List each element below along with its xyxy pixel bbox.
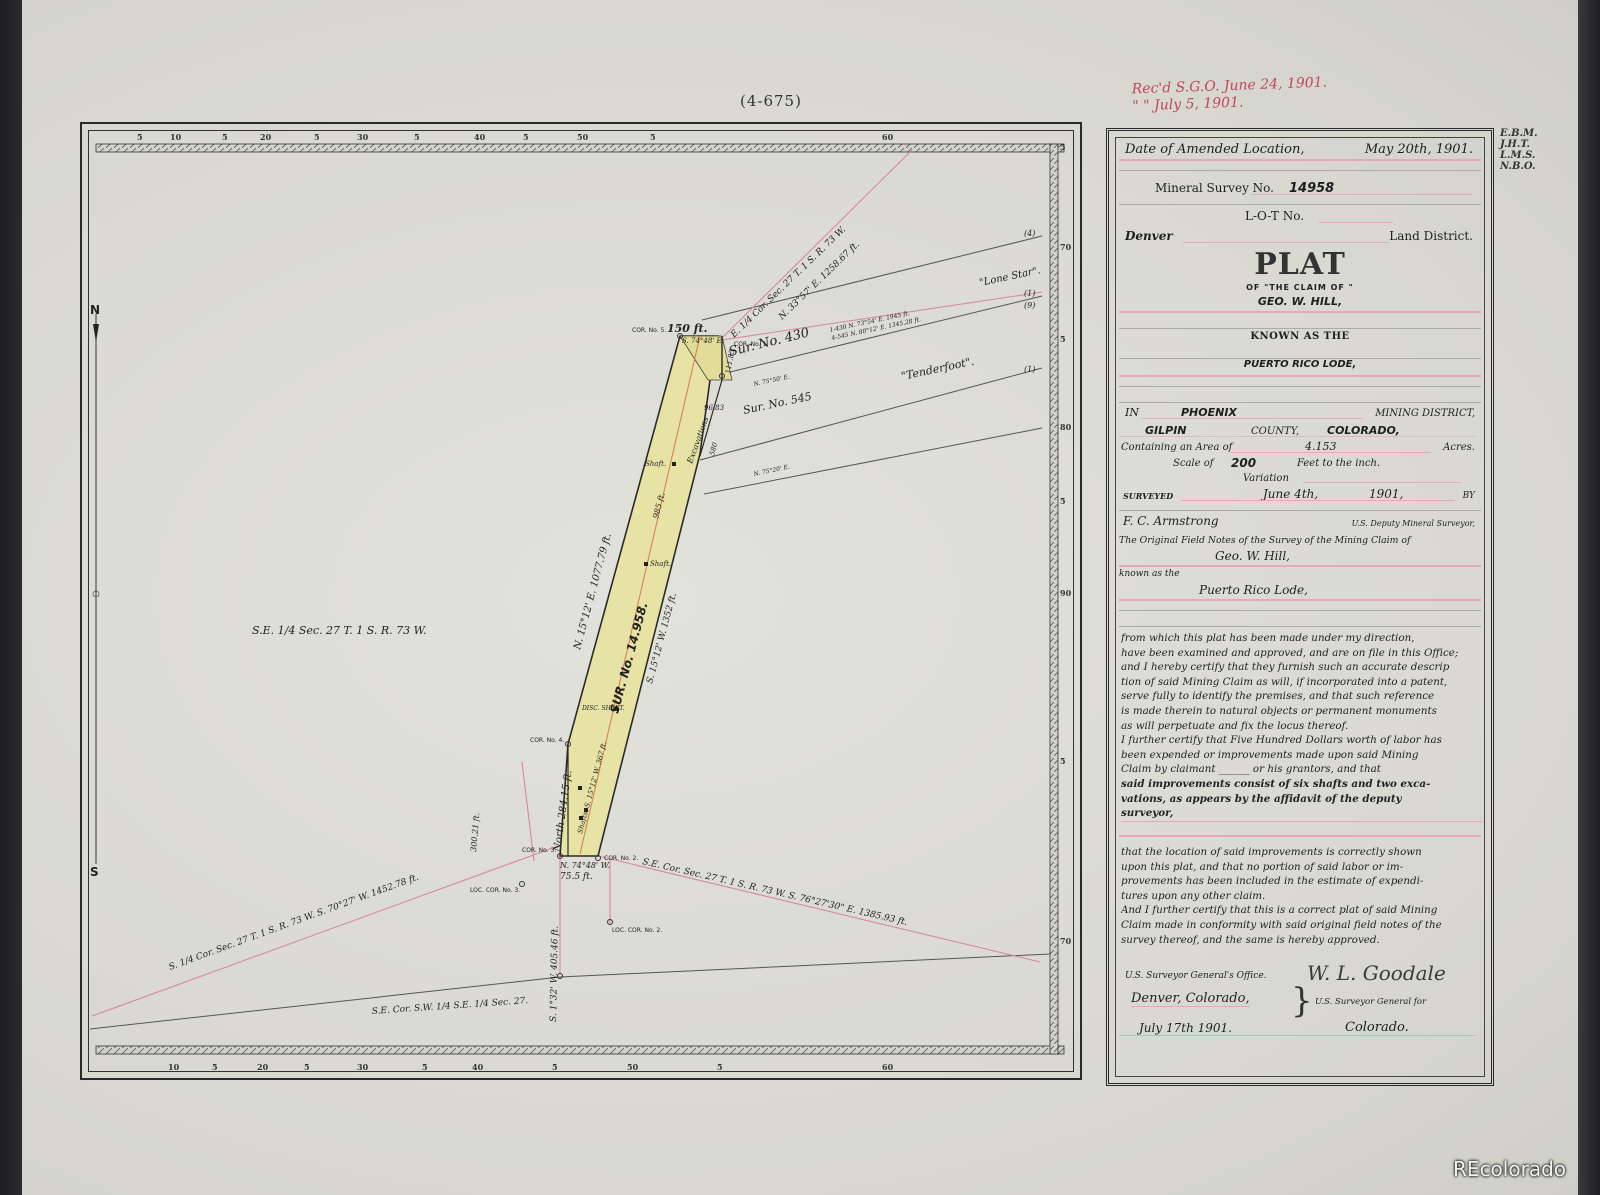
- svg-text:5: 5: [1060, 142, 1066, 152]
- svg-text:LOC. COR. No. 2.: LOC. COR. No. 2.: [612, 927, 662, 934]
- svg-text:70: 70: [1060, 936, 1072, 946]
- svg-text:LOC. COR. No. 3.: LOC. COR. No. 3.: [470, 887, 520, 894]
- north-label: N: [90, 303, 100, 317]
- mineral-survey-row: Mineral Survey No. 14958: [1119, 175, 1481, 197]
- svg-text:580: 580: [708, 441, 719, 457]
- surveyor-row: F. C. Armstrong U.S. Deputy Mineral Surv…: [1119, 511, 1481, 531]
- lot-row: L-O-T No.: [1119, 205, 1481, 225]
- svg-text:S. 1/4 Cor. Sec. 27 T. 1 S. R.: S. 1/4 Cor. Sec. 27 T. 1 S. R. 73 W. S. …: [168, 873, 421, 973]
- land-district-row: Denver Land District.: [1119, 225, 1481, 245]
- adjoining-claim-lines: [90, 236, 1050, 1029]
- svg-text:30: 30: [357, 1062, 369, 1072]
- map-drawing: 5 10 5 20 5 30 5 40 5 50 5 60 10 5 20 5 …: [82, 124, 1084, 1082]
- svg-text:10: 10: [168, 1062, 180, 1072]
- claim-polygon: [560, 336, 718, 856]
- svg-text:20: 20: [257, 1062, 269, 1072]
- bottom-scale-ticks: 10 5 20 5 30 5 40 5 50 5 60: [168, 1062, 894, 1072]
- south-label: S: [90, 865, 99, 879]
- svg-text:S.E. Cor. S.W. 1/4 S.E. 1/4 Se: S.E. Cor. S.W. 1/4 S.E. 1/4 Sec. 27.: [372, 996, 529, 1017]
- svg-text:COR. No. 3.: COR. No. 3.: [522, 847, 556, 854]
- svg-text:60: 60: [882, 1062, 894, 1072]
- plat-title: PLAT: [1119, 247, 1481, 281]
- svg-text:5: 5: [650, 132, 656, 142]
- svg-text:N. 74°48' W.: N. 74°48' W.: [559, 861, 610, 870]
- svg-text:40: 40: [472, 1062, 484, 1072]
- svg-text:50: 50: [577, 132, 589, 142]
- svg-text:60: 60: [882, 132, 894, 142]
- svg-text:90: 90: [1060, 588, 1072, 598]
- amended-location-row: Date of Amended Location, May 20th, 1901…: [1119, 141, 1481, 161]
- svg-text:70: 70: [1060, 242, 1072, 252]
- quarter-section-label: S.E. 1/4 Sec. 27 T. 1 S. R. 73 W.: [252, 624, 427, 637]
- adjoining-claim-labels: Sur. No. 430 1-430 N. 73°54' E. 1945 ft.…: [727, 229, 1041, 478]
- scan-right-edge: [1578, 0, 1600, 1195]
- scale-row: Scale of 200 Feet to the inch.: [1119, 455, 1481, 471]
- amended-location-date: May 20th, 1901.: [1365, 142, 1473, 157]
- received-note: Rec'd S.G.O. June 24, 1901. " " July 5, …: [1131, 75, 1327, 116]
- svg-text:"Tenderfoot".: "Tenderfoot".: [900, 355, 975, 383]
- svg-text:5: 5: [422, 1062, 428, 1072]
- survey-map: 5 10 5 20 5 30 5 40 5 50 5 60 10 5 20 5 …: [80, 122, 1082, 1080]
- south-end-label: 75.5 ft.: [560, 872, 593, 882]
- north-end-label: 150 ft.: [667, 322, 708, 335]
- svg-text:5: 5: [314, 132, 320, 142]
- svg-text:5: 5: [212, 1062, 218, 1072]
- approval-date: July 17th 1901.: [1139, 1021, 1232, 1035]
- svg-text:Shaft.: Shaft.: [650, 560, 671, 568]
- plat-data-panel: Date of Amended Location, May 20th, 1901…: [1106, 128, 1494, 1086]
- bottom-scale-bar: [96, 1046, 1064, 1054]
- svg-text:(4): (4): [1024, 229, 1035, 238]
- svg-text:40: 40: [474, 132, 486, 142]
- svg-text:5: 5: [304, 1062, 310, 1072]
- svg-text:5: 5: [552, 1062, 558, 1072]
- svg-text:COR. No. 5.: COR. No. 5.: [632, 327, 666, 334]
- svg-text:300.21 ft.: 300.21 ft.: [469, 812, 481, 852]
- svg-text:N. 75°50' E.: N. 75°50' E.: [752, 373, 791, 388]
- mining-district-row: IN PHOENIX MINING DISTRICT,: [1119, 403, 1481, 421]
- svg-text:N. 75°20' E.: N. 75°20' E.: [752, 463, 791, 478]
- area-row: Containing an Area of 4.153 Acres.: [1119, 439, 1481, 455]
- svg-text:S.E. Cor. Sec. 27 T. 1 S. R. 7: S.E. Cor. Sec. 27 T. 1 S. R. 73 W. S. 76…: [641, 857, 908, 928]
- top-scale-ticks: 5 10 5 20 5 30 5 40 5 50 5 60: [137, 132, 894, 142]
- surveyor-name: F. C. Armstrong: [1123, 514, 1219, 528]
- svg-text:S. 74°48' E.: S. 74°48' E.: [682, 337, 724, 345]
- svg-text:96.83: 96.83: [704, 404, 725, 412]
- svg-text:20: 20: [260, 132, 272, 142]
- svg-text:COR. No. 4.: COR. No. 4.: [530, 737, 564, 744]
- surveyor-general-signature: W. L. Goodale: [1307, 961, 1446, 985]
- svg-text:(9): (9): [1024, 301, 1035, 310]
- certification-paragraph-1: from which this plat has been made under…: [1121, 631, 1483, 822]
- svg-text:30: 30: [357, 132, 369, 142]
- right-scale-bar: [1050, 144, 1058, 1054]
- certification-paragraph-2: that the location of said improvements i…: [1121, 845, 1483, 947]
- svg-text:(1): (1): [1024, 365, 1035, 374]
- svg-text:5: 5: [1060, 496, 1066, 506]
- surveyed-row: SURVEYED June 4th, 1901, BY: [1119, 485, 1481, 503]
- plat-sheet: (4-675) Rec'd S.G.O. June 24, 1901. " " …: [22, 0, 1578, 1195]
- clerk-initials: E.B.M. J.H.T. L.M.S. N.B.O.: [1500, 128, 1538, 172]
- tie-lines: [92, 150, 1042, 1016]
- svg-text:5: 5: [1060, 334, 1066, 344]
- svg-text:50: 50: [627, 1062, 639, 1072]
- svg-text:5: 5: [222, 132, 228, 142]
- north-arrow-icon: [93, 324, 99, 342]
- signature-block: U.S. Surveyor General's Office. W. L. Go…: [1119, 963, 1481, 983]
- svg-text:DISC. SHAFT.: DISC. SHAFT.: [581, 705, 624, 712]
- claimant-name: GEO. W. HILL,: [1119, 295, 1481, 313]
- svg-text:10: 10: [170, 132, 182, 142]
- svg-text:(1): (1): [1024, 289, 1035, 298]
- county-row: GILPIN COUNTY, COLORADO,: [1119, 421, 1481, 439]
- svg-text:Shaft.: Shaft.: [645, 460, 666, 468]
- svg-text:5: 5: [717, 1062, 723, 1072]
- svg-text:COR. No. 2.: COR. No. 2.: [604, 855, 638, 862]
- watermark-logo: REcolorado: [1453, 1157, 1566, 1181]
- right-scale-ticks: 5 70 5 80 5 90 5 70: [1060, 142, 1072, 946]
- svg-text:5: 5: [523, 132, 529, 142]
- lode-name: PUERTO RICO LODE,: [1119, 359, 1481, 377]
- svg-text:5: 5: [137, 132, 143, 142]
- svg-text:80: 80: [1060, 422, 1072, 432]
- svg-text:5: 5: [1060, 756, 1066, 766]
- svg-text:Sur. No. 545: Sur. No. 545: [742, 390, 813, 417]
- svg-text:5: 5: [414, 132, 420, 142]
- svg-text:"Lone Star".: "Lone Star".: [978, 265, 1041, 289]
- top-scale-bar: [96, 144, 1064, 152]
- svg-text:S. 1°32' W. 405.46 ft.: S. 1°32' W. 405.46 ft.: [549, 926, 561, 1022]
- document-number: (4-675): [740, 92, 802, 110]
